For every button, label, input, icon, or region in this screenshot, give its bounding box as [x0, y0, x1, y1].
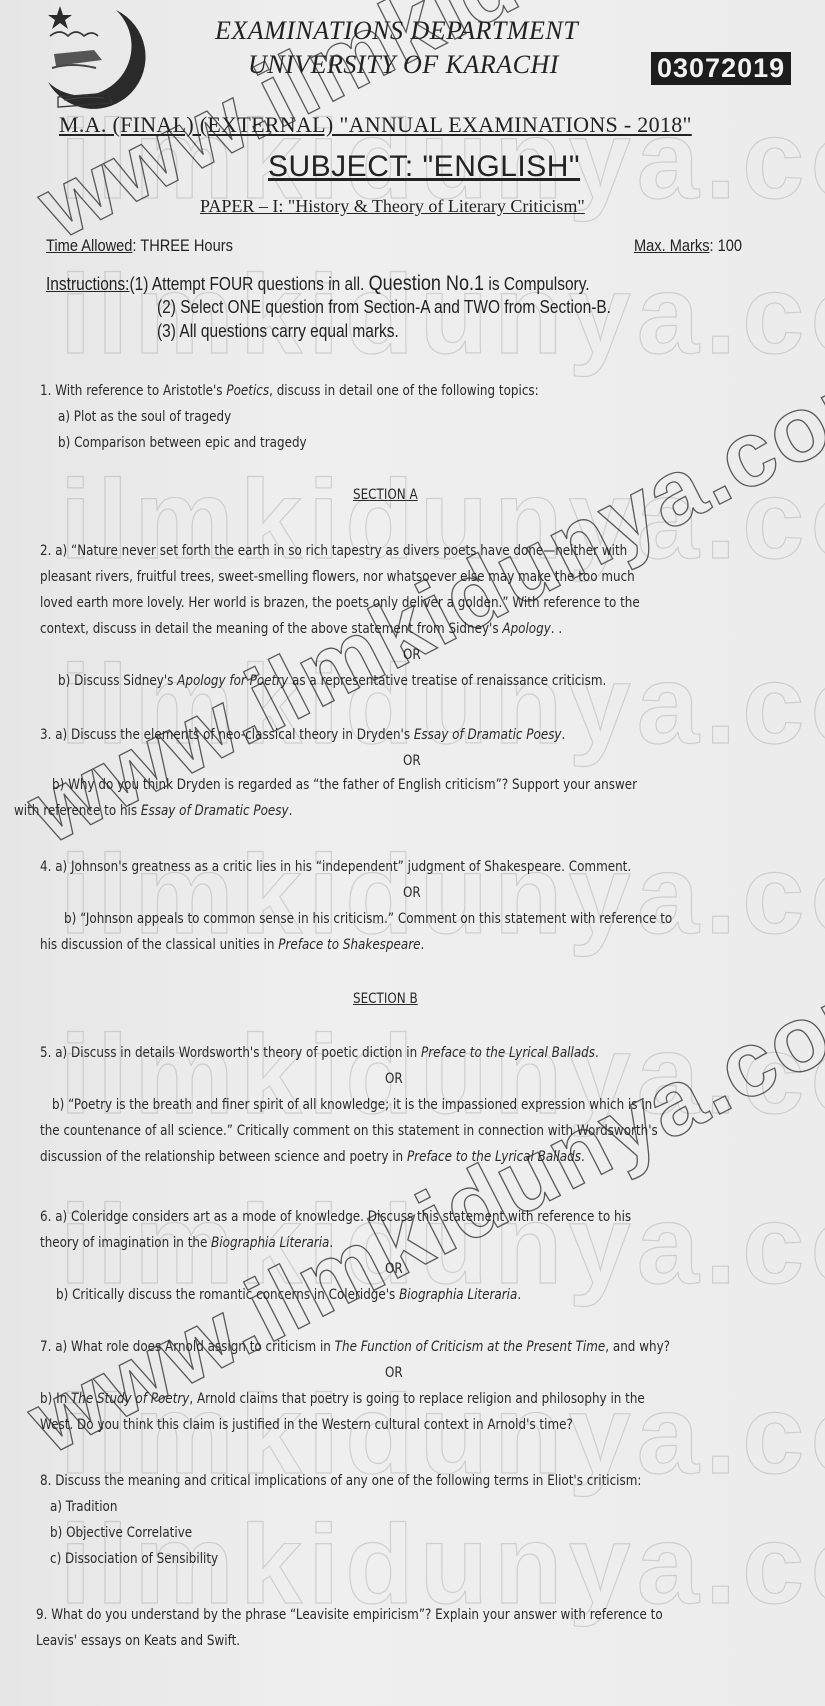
watermark-text: ilmkidunya.com	[60, 640, 825, 769]
exam-title: M.A. (FINAL) (EXTERNAL) "ANNUAL EXAMINAT…	[59, 112, 692, 138]
question-6b: b) Critically discuss the romantic conce…	[56, 1286, 521, 1304]
instruction-2: (2) Select ONE question from Section-A a…	[157, 297, 611, 318]
paper-title: PAPER – I: "History & Theory of Literary…	[200, 196, 585, 217]
or-separator: OR	[403, 752, 421, 769]
university-crest-logo	[28, 2, 148, 120]
question-4b-line: his discussion of the classical unities …	[40, 936, 424, 954]
question-3b-line: b) Why do you think Dryden is regarded a…	[52, 776, 637, 794]
question-2a-line: context, discuss in detail the meaning o…	[40, 620, 562, 638]
question-2b: b) Discuss Sidney's Apology for Poetry a…	[58, 672, 606, 690]
or-separator: OR	[403, 884, 421, 901]
paper-code-badge: 03072019	[651, 52, 791, 85]
time-allowed-label: Time Allowed	[46, 236, 132, 255]
watermark-text: ilmkidunya.com	[60, 455, 825, 584]
question-5b-line: b) “Poetry is the breath and finer spiri…	[52, 1096, 652, 1114]
time-allowed-value: : THREE Hours	[132, 236, 232, 255]
university-title: UNIVERSITY OF KARACHI	[248, 50, 559, 80]
max-marks-value: : 100	[710, 236, 743, 255]
time-allowed: Time Allowed: THREE Hours	[46, 236, 233, 256]
instruction-1: Instructions:(1) Attempt FOUR questions …	[46, 272, 590, 296]
question-9-line: 9. What do you understand by the phrase …	[36, 1606, 663, 1624]
question-6a-line: 6. a) Coleridge considers art as a mode …	[40, 1208, 631, 1226]
or-separator: OR	[385, 1364, 403, 1381]
or-separator: OR	[385, 1260, 403, 1277]
section-a-heading: SECTION A	[353, 486, 418, 503]
max-marks: Max. Marks: 100	[634, 236, 742, 256]
question-3a: 3. a) Discuss the elements of neo-classi…	[40, 726, 565, 744]
instructions-label: Instructions:	[46, 274, 129, 294]
question-7b-line: West. Do you think this claim is justifi…	[40, 1416, 573, 1434]
question-8-option-a: a) Tradition	[50, 1498, 117, 1516]
or-separator: OR	[403, 646, 421, 663]
max-marks-label: Max. Marks	[634, 236, 710, 255]
question-1-option-b: b) Comparison between epic and tragedy	[58, 434, 307, 452]
question-2a-line: pleasant rivers, fruitful trees, sweet-s…	[40, 568, 635, 586]
question-4a: 4. a) Johnson's greatness as a critic li…	[40, 858, 631, 876]
watermark-text: ilmkidunya.com	[60, 1010, 825, 1139]
question-8-option-b: b) Objective Correlative	[50, 1524, 192, 1542]
section-b-heading: SECTION B	[353, 990, 418, 1007]
question-2a-line: 2. a) “Nature never set forth the earth …	[40, 542, 627, 560]
question-5a: 5. a) Discuss in details Wordsworth's th…	[40, 1044, 599, 1062]
question-3b-line: with reference to his Essay of Dramatic …	[14, 802, 292, 820]
question-5b-line: the countenance of all science.” Critica…	[40, 1122, 658, 1140]
subject-title: SUBJECT: "ENGLISH"	[268, 150, 580, 184]
question-6a-line: theory of imagination in the Biographia …	[40, 1234, 333, 1252]
question-8-option-c: c) Dissociation of Sensibility	[50, 1550, 218, 1568]
exam-paper-page: ilmkidunya.com ilmkidunya.com ilmkidunya…	[0, 0, 825, 1706]
question-8: 8. Discuss the meaning and critical impl…	[40, 1472, 641, 1490]
question-7b-line: b) In The Study of Poetry, Arnold claims…	[40, 1390, 645, 1408]
instruction-3: (3) All questions carry equal marks.	[157, 321, 399, 342]
question-1: 1. With reference to Aristotle's Poetics…	[40, 382, 539, 400]
question-7a: 7. a) What role does Arnold assign to cr…	[40, 1338, 670, 1356]
question-9-line: Leavis' essays on Keats and Swift.	[36, 1632, 240, 1650]
question-1-option-a: a) Plot as the soul of tragedy	[58, 408, 231, 426]
question-2a-line: loved earth more lovely. Her world is br…	[40, 594, 640, 612]
or-separator: OR	[385, 1070, 403, 1087]
department-title: EXAMINATIONS DEPARTMENT	[215, 16, 578, 46]
question-5b-line: discussion of the relationship between s…	[40, 1148, 585, 1166]
question-4b-line: b) “Johnson appeals to common sense in h…	[64, 910, 672, 928]
